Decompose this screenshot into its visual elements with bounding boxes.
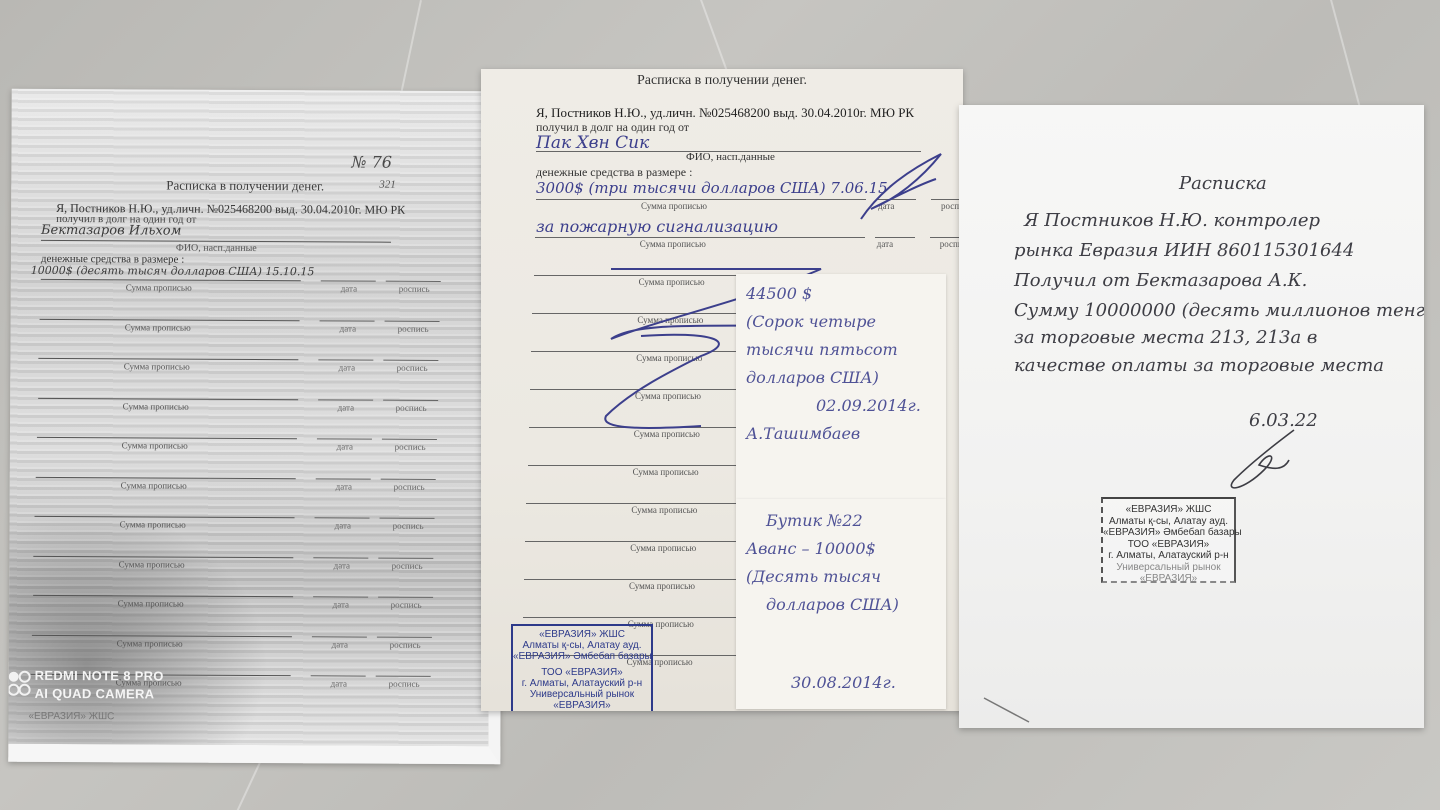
signature-line — [384, 360, 439, 361]
signature-label: роспись — [396, 402, 427, 412]
sum-line — [39, 358, 299, 360]
reference-number-2: 321 — [379, 179, 396, 191]
receipt-title-handwritten: Расписка — [1179, 173, 1267, 194]
receipt-line: за торговые места 213, 213а в — [1014, 327, 1317, 348]
sum-label: Сумма прописью — [641, 201, 707, 211]
sum-label: Сумма прописью — [125, 322, 191, 332]
note-line: долларов США) — [746, 364, 936, 392]
reference-number: № 76 — [351, 152, 392, 171]
signature-label: роспись — [397, 363, 428, 373]
receipt-title: Расписка в получении денег. — [166, 178, 324, 195]
sum-label: Сумма прописью — [120, 519, 186, 529]
date-label: дата — [334, 560, 350, 570]
signature-label: роспись — [395, 442, 426, 452]
signature-line — [380, 518, 435, 519]
sum-line — [38, 397, 298, 399]
note-line: 44500 $ — [746, 280, 936, 308]
sum-label: Сумма прописью — [126, 282, 192, 292]
signature-label: роспись — [392, 560, 423, 570]
date-line — [320, 320, 375, 321]
sum-label: Сумма прописью — [117, 638, 183, 648]
receipt-photocopy-left: № 76 321 Расписка в получении денег. Я, … — [8, 89, 504, 765]
signature-label: роспись — [394, 481, 425, 491]
date-line — [317, 438, 372, 439]
sum-line — [40, 318, 300, 320]
receipt-row: Сумма прописьюдатароспись — [36, 476, 436, 514]
receipt-title: Расписка в получении денег. — [481, 73, 963, 89]
date-line — [319, 359, 374, 360]
sum-label: Сумма прописью — [118, 598, 184, 608]
date-line — [314, 557, 369, 558]
receipt-row: Сумма прописьюдатароспись — [40, 318, 440, 356]
sum-line — [35, 516, 295, 518]
date-line — [311, 675, 366, 676]
receipt-row: Сумма прописьюдатароспись — [34, 555, 434, 593]
pen-mark — [969, 690, 1029, 728]
date-label: дата — [336, 481, 352, 491]
date-label: дата — [333, 599, 349, 609]
receipt-line: качестве оплаты за торговые места — [1014, 355, 1384, 376]
camera-logo-icon — [8, 669, 32, 699]
stamp-fragment: «ЕВРАЗИЯ» ЖШС — [28, 711, 114, 722]
sum-label: Сумма прописью — [633, 467, 699, 477]
company-stamp: «ЕВРАЗИЯ» ЖШС Алматы қ-сы, Алатау ауд. «… — [1101, 497, 1236, 583]
note-line: тысячи пятьсот — [746, 336, 936, 364]
date-label: дата — [332, 639, 348, 649]
signature-line — [379, 557, 434, 558]
date-line — [318, 399, 373, 400]
receipt-row: Сумма прописьюдатароспись — [35, 516, 435, 554]
note-line: долларов США) — [746, 591, 936, 619]
signature-label: роспись — [391, 600, 422, 610]
signature-label: роспись — [398, 323, 429, 333]
sticky-note-1: 44500 $ (Сорок четыре тысячи пятьсот дол… — [736, 274, 946, 499]
note-line: Бутик №22 — [746, 507, 936, 535]
receipt-center: Расписка в получении денег. Я, Постников… — [481, 69, 963, 711]
company-stamp: «ЕВРАЗИЯ» ЖШС Алматы қ-сы, Алатау ауд. «… — [511, 624, 653, 711]
receipt-row: Сумма прописьюдатароспись — [38, 397, 438, 435]
receipt-right-handwritten: Расписка Я Постников Н.Ю. контролер рынк… — [959, 105, 1424, 728]
receipt-line: Сумму 10000000 (десять миллионов тенге) — [1014, 300, 1424, 321]
sum-line — [41, 279, 301, 281]
sticky-note-2: Бутик №22 Аванс – 10000$ (Десять тысяч д… — [736, 499, 946, 709]
sum-label: Сумма прописью — [124, 361, 190, 371]
date-line — [315, 517, 370, 518]
fio-label: ФИО, насп.данные — [686, 151, 775, 163]
date-line — [321, 280, 376, 281]
amount-label: денежные средства в размере : — [536, 165, 692, 180]
sum-line — [36, 476, 296, 478]
signature-line — [386, 281, 441, 282]
date-label: дата — [335, 520, 351, 530]
lender-name-handwritten: Пак Хвн Сик — [536, 133, 649, 153]
note-line: (Сорок четыре — [746, 308, 936, 336]
receipt-row: Сумма прописьюдатароспись — [37, 437, 437, 475]
sum-label: Сумма прописью — [123, 401, 189, 411]
note-date: 30.08.2014г. — [746, 669, 936, 697]
date-line — [875, 237, 915, 238]
receipt-row: Сумма прописьюдатароспись — [39, 358, 439, 396]
signature-line — [382, 439, 437, 440]
date-label: дата — [337, 441, 353, 451]
note-line: (Десять тысяч — [746, 563, 936, 591]
sum-line — [32, 634, 292, 636]
note-line: Аванс – 10000$ — [746, 535, 936, 563]
date-label: дата — [331, 678, 347, 688]
date-label: дата — [341, 283, 357, 293]
sum-label: Сумма прописью — [640, 239, 706, 249]
sum-label: Сумма прописью — [119, 559, 185, 569]
receipt-line: Получил от Бектазарова А.К. — [1014, 270, 1307, 291]
signature-scribble — [841, 149, 951, 229]
date-line — [316, 478, 371, 479]
date-label: дата — [340, 323, 356, 333]
watermark-line-1: REDMI NOTE 8 PRO — [35, 667, 164, 686]
sum-label: Сумма прописью — [630, 543, 696, 553]
sum-line — [37, 437, 297, 439]
signature-label: роспись — [389, 679, 420, 689]
sum-line — [535, 237, 865, 238]
receipt-row: Сумма прописьюдатароспись — [41, 279, 441, 317]
sum-label: Сумма прописью — [631, 505, 697, 515]
receipt-line: Я Постников Н.Ю. контролер — [1024, 210, 1320, 231]
amount-handwritten: 3000$ (три тысячи долларов США) 7.06.15 — [536, 179, 888, 197]
signature-line — [383, 399, 438, 400]
lender-name-handwritten: Бектазаров Ильхом — [41, 223, 181, 239]
receipt-row: Сумма прописьюдатароспись — [33, 595, 433, 633]
note-date: 02.09.2014г. — [746, 392, 936, 420]
receipt-line: рынка Евразия ИИН 860115301644 — [1014, 240, 1354, 261]
date-line — [313, 596, 368, 597]
signature-line — [381, 478, 436, 479]
watermark-line-2: AI QUAD CAMERA — [35, 685, 164, 704]
amount-handwritten: 10000$ (десять тысяч долларов США) 15.10… — [31, 264, 315, 278]
sum-label: Сумма прописью — [122, 440, 188, 450]
signature-line — [376, 676, 431, 677]
date-label: дата — [338, 402, 354, 412]
date-label: дата — [877, 239, 893, 249]
signature-line — [378, 597, 433, 598]
signature-scribble — [1219, 425, 1319, 495]
signature-label: роспись — [390, 639, 421, 649]
signature-line — [385, 320, 440, 321]
fio-label: ФИО, насп.данные — [176, 243, 257, 254]
sum-label: Сумма прописью — [121, 480, 187, 490]
date-label: дата — [339, 362, 355, 372]
sum-line — [536, 199, 866, 200]
signature-line — [377, 636, 432, 637]
date-line — [312, 636, 367, 637]
intro-line: Я, Постников Н.Ю., уд.личн. №025468200 в… — [536, 105, 914, 121]
sum-line — [34, 555, 294, 557]
background-crease — [235, 760, 262, 810]
note-name: А.Ташимбаев — [746, 420, 936, 448]
signature-label: роспись — [393, 521, 424, 531]
sum-label: Сумма прописью — [629, 581, 695, 591]
sum-line — [33, 595, 293, 597]
signature-label: роспись — [399, 284, 430, 294]
